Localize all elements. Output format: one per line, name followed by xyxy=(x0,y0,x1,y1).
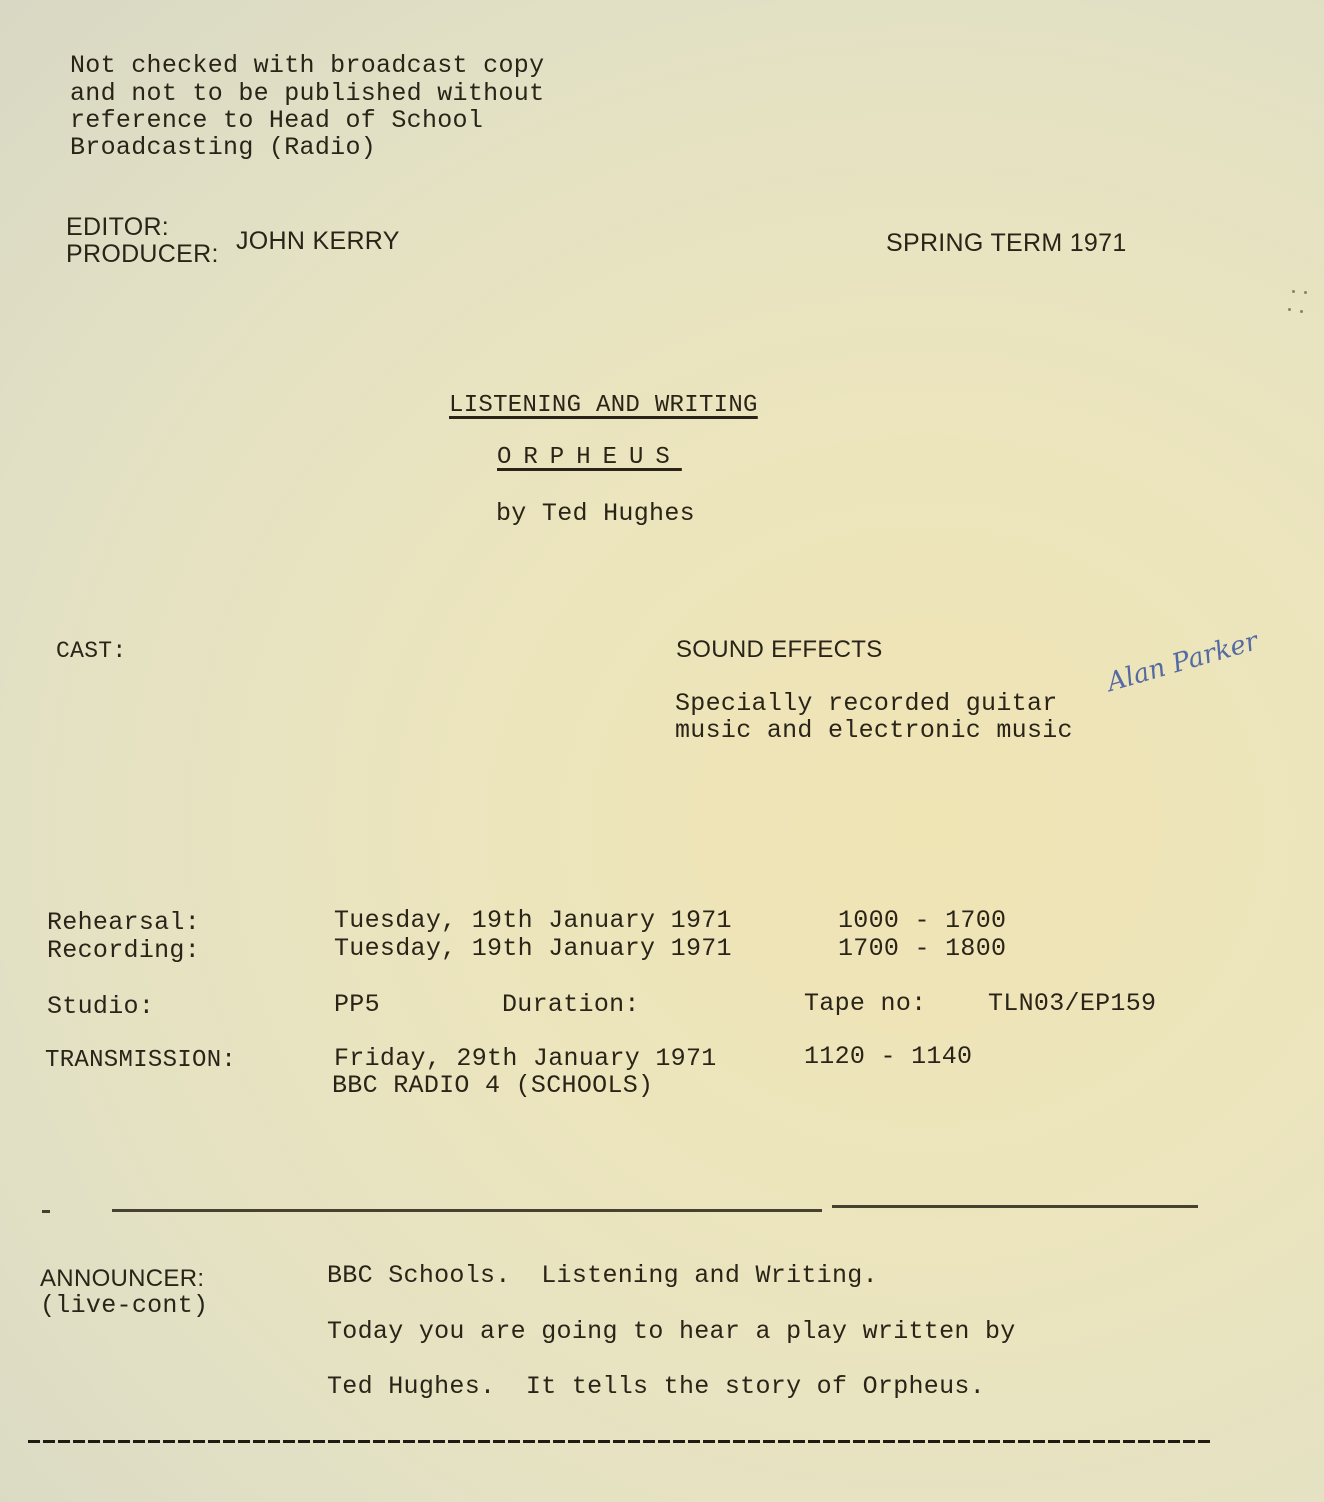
rehearsal-time: 1000 - 1700 xyxy=(838,907,1006,934)
rehearsal-label: Rehearsal: xyxy=(47,909,200,936)
separator-rule xyxy=(112,1209,822,1212)
ink-speck xyxy=(1292,290,1295,293)
script-line: Today you are going to hear a play writt… xyxy=(327,1318,1016,1345)
dashed-separator xyxy=(28,1440,1210,1443)
cast-label: CAST: xyxy=(56,638,127,665)
sound-effects-line: music and electronic music xyxy=(675,717,1073,744)
sound-effects-line: Specially recorded guitar xyxy=(675,690,1058,717)
tape-value: TLN03/EP159 xyxy=(988,990,1156,1017)
studio-label: Studio: xyxy=(47,993,154,1020)
ink-speck xyxy=(1304,291,1307,294)
producer-name: JOHN KERRY xyxy=(236,228,400,255)
editor-label: EDITOR: xyxy=(66,214,169,241)
term-label: SPRING TERM 1971 xyxy=(886,230,1127,257)
recording-date: Tuesday, 19th January 1971 xyxy=(334,935,732,962)
studio-value: PP5 xyxy=(334,991,380,1018)
speaker-label: ANNOUNCER: xyxy=(40,1265,204,1292)
transmission-date: Friday, 29th January 1971 xyxy=(334,1045,717,1072)
notice-line: reference to Head of School xyxy=(70,107,483,134)
transmission-channel: BBC RADIO 4 (SCHOOLS) xyxy=(332,1072,653,1099)
transmission-label: TRANSMISSION: xyxy=(45,1047,236,1074)
script-line: Ted Hughes. It tells the story of Orpheu… xyxy=(327,1373,985,1400)
ink-speck xyxy=(1288,308,1291,311)
separator-rule xyxy=(832,1205,1198,1208)
duration-label: Duration: xyxy=(502,991,640,1018)
script-line: BBC Schools. Listening and Writing. xyxy=(327,1262,878,1289)
speaker-note: (live-cont) xyxy=(40,1292,208,1319)
notice-line: Not checked with broadcast copy xyxy=(70,52,544,79)
notice-line: Broadcasting (Radio) xyxy=(70,134,376,161)
sound-effects-heading: SOUND EFFECTS xyxy=(676,636,883,663)
rehearsal-date: Tuesday, 19th January 1971 xyxy=(334,907,732,934)
separator-dash xyxy=(42,1210,50,1213)
transmission-time: 1120 - 1140 xyxy=(804,1043,972,1070)
recording-time: 1700 - 1800 xyxy=(838,935,1006,962)
ink-speck xyxy=(1300,310,1303,313)
author-line: by Ted Hughes xyxy=(496,500,695,527)
series-title: LISTENING AND WRITING xyxy=(449,392,758,419)
notice-line: and not to be published without xyxy=(70,80,544,107)
play-title: ORPHEUS xyxy=(497,444,682,471)
recording-label: Recording: xyxy=(47,937,200,964)
producer-label: PRODUCER: xyxy=(66,241,219,268)
tape-label: Tape no: xyxy=(804,990,926,1017)
handwritten-annotation: Alan Parker xyxy=(1104,626,1262,698)
